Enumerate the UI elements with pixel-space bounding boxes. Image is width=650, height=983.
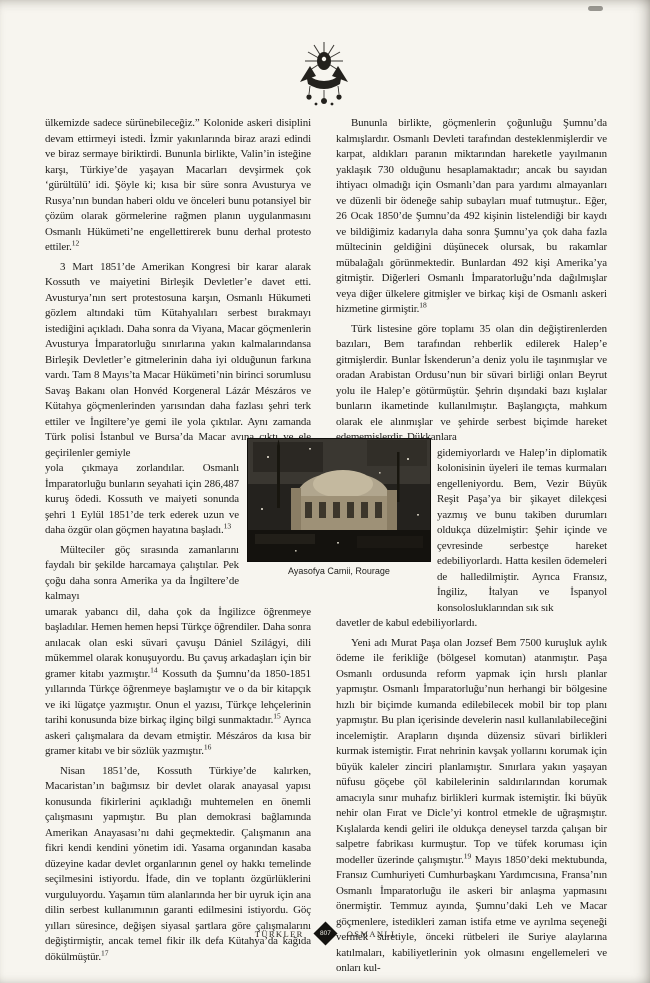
- paragraph: ülkemizde sadece sürünebileceğiz.” Kolon…: [45, 116, 311, 256]
- text-wrap-region: yola çıkmaya zorlandılar. Osmanlı İmpara…: [45, 461, 239, 605]
- text-wrap-region: gidemiyorlardı ve Halep’in diplomatik ko…: [437, 446, 607, 617]
- footer-book-title: TÜRKLER: [255, 929, 304, 939]
- paragraph: Türk listesine göre toplamı 35 olan din …: [336, 322, 607, 446]
- paragraph: davetler de kabul edebiliyorlardı.: [336, 616, 607, 632]
- paragraph: 3 Mart 1851’de Amerikan Kongresi bir kar…: [45, 260, 311, 462]
- footer-section-title: OSMANLI: [347, 929, 396, 939]
- paragraph: Mülteciler göç sırasında zamanlarını fay…: [45, 543, 239, 605]
- page-number-badge: 807: [313, 921, 337, 945]
- page-number: 807: [320, 930, 331, 937]
- figure-caption: Ayasofya Camii, Rourage: [237, 566, 441, 576]
- paragraph: yola çıkmaya zorlandılar. Osmanlı İmpara…: [45, 461, 239, 539]
- paragraph: Bununla birlikte, göçmenlerin çoğunluğu …: [336, 116, 607, 318]
- scan-artifact: [588, 6, 603, 11]
- ottoman-coat-of-arms-icon: [296, 40, 352, 108]
- page-footer: TÜRKLER 807 OSMANLI: [0, 925, 650, 942]
- scanned-book-page: ülkemizde sadece sürünebileceğiz.” Kolon…: [0, 0, 650, 983]
- paragraph: gidemiyorlardı ve Halep’in diplomatik ko…: [437, 446, 607, 617]
- paragraph: umarak yabancı dil, daha çok da İngilizc…: [45, 605, 311, 760]
- hagia-sophia-photo: [247, 438, 431, 562]
